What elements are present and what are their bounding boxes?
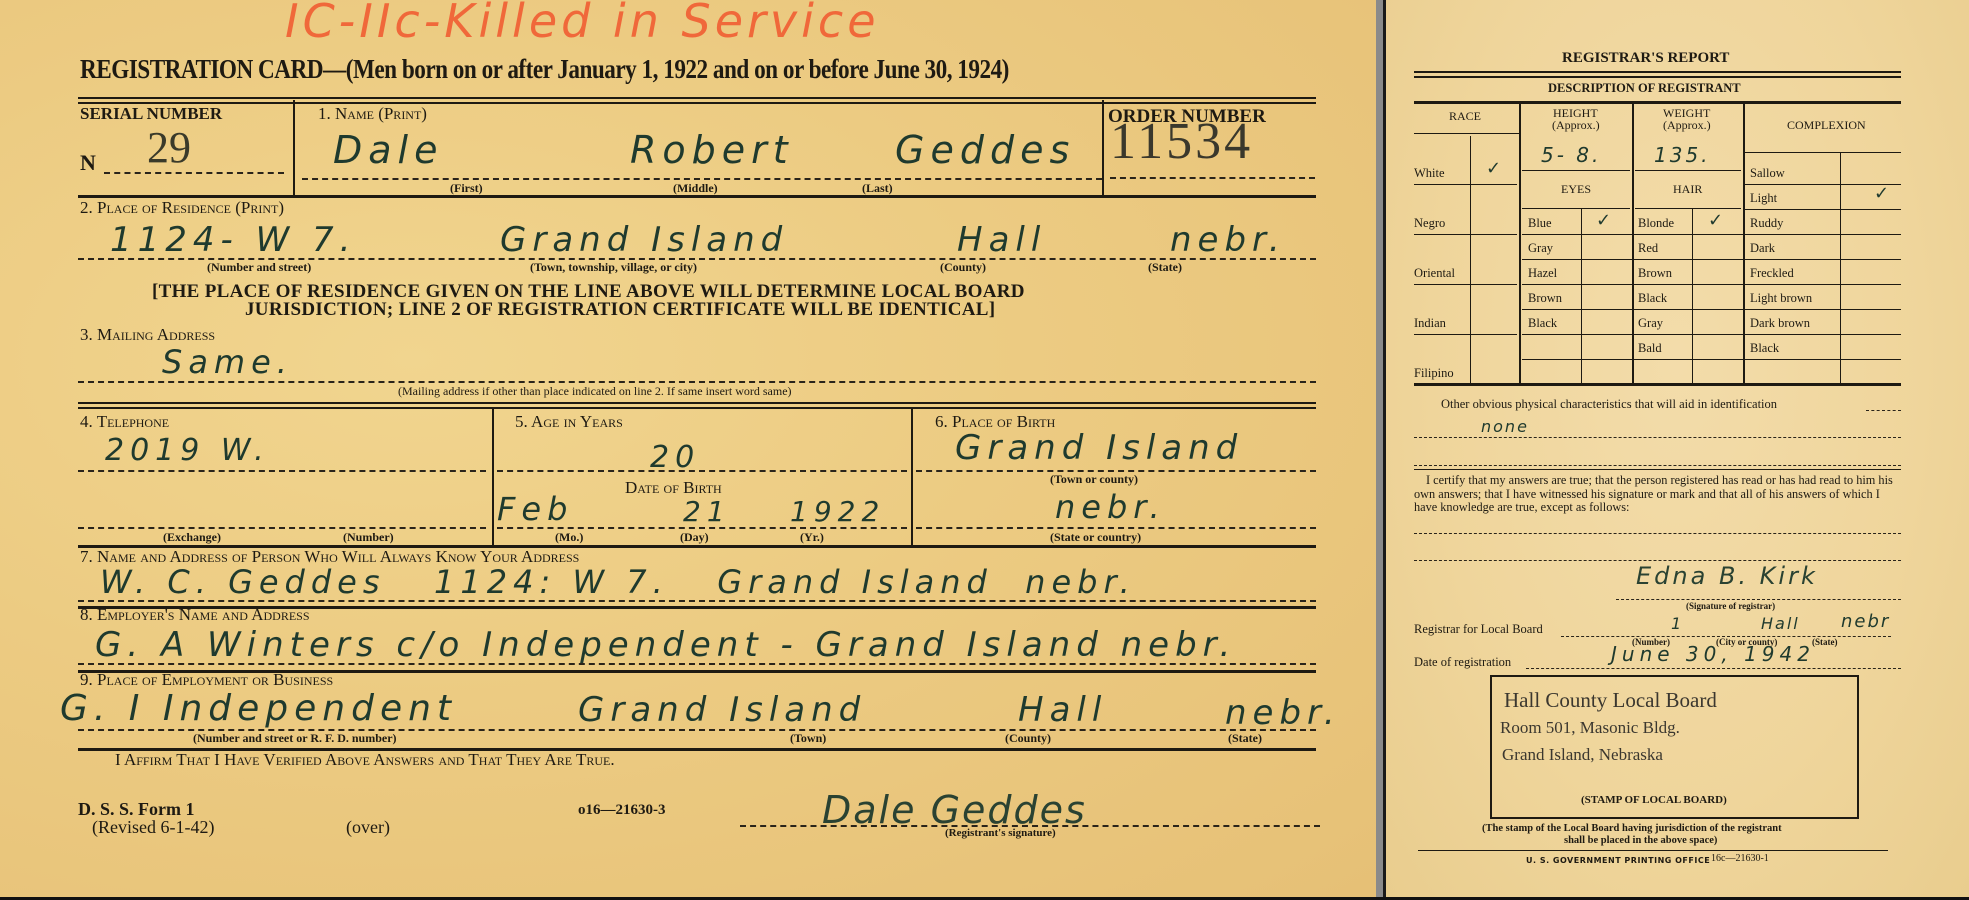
weight-sub: (Approx.) — [1663, 118, 1711, 133]
county-caption: (County) — [940, 260, 986, 275]
registration-card-front: IC-IIc-Killed in Service REGISTRATION CA… — [0, 0, 1376, 897]
mailing-value: Same. — [162, 343, 293, 381]
first-name-value: Dale — [333, 128, 443, 172]
order-line — [1110, 177, 1315, 179]
residence-county: Hall — [957, 220, 1046, 260]
stamp-line-1: Hall County Local Board — [1504, 688, 1717, 713]
col-divider — [1632, 102, 1634, 384]
race-option-oriental[interactable]: Oriental — [1414, 266, 1455, 281]
residence-notice-2: JURISDICTION; LINE 2 OF REGISTRATION CER… — [245, 299, 995, 321]
age-line — [497, 470, 907, 472]
hair-check-icon: ✓ — [1708, 210, 1723, 231]
employment-state: nebr. — [1225, 693, 1341, 733]
name-line — [302, 178, 1102, 180]
date-of-registration-value: June 30, 1942 — [1611, 642, 1815, 666]
exception-line-2 — [1414, 560, 1901, 561]
employment-county: Hall — [1018, 690, 1107, 730]
dob-month: Feb — [497, 490, 573, 528]
complexion-option-black[interactable]: Black — [1750, 341, 1779, 356]
state-or-country-caption: (State or country) — [1050, 530, 1141, 545]
residence-label: 2. Place of Residence (Print) — [80, 198, 284, 218]
complexion-option-ruddy[interactable]: Ruddy — [1750, 216, 1783, 231]
form-revised: (Revised 6-1-42) — [92, 817, 214, 838]
other-characteristics-value: none — [1481, 417, 1529, 436]
hair-option-gray[interactable]: Gray — [1638, 316, 1663, 331]
birthplace-state-line — [916, 527, 1316, 529]
employment-street: G. I Independent — [60, 688, 457, 729]
hair-option-black[interactable]: Black — [1638, 291, 1667, 306]
stamp-line-3: Grand Island, Nebraska — [1502, 745, 1663, 765]
employment-town: Grand Island — [578, 690, 866, 730]
registrar-signature: Edna B. Kirk — [1636, 562, 1818, 590]
complexion-option-light[interactable]: Light — [1750, 191, 1777, 206]
divider — [492, 407, 494, 545]
hair-check-divider — [1692, 209, 1693, 384]
height-rule — [1522, 170, 1630, 171]
race-header: RACE — [1449, 109, 1481, 124]
grid-rule — [1522, 334, 1901, 335]
last-caption: (Last) — [862, 181, 893, 196]
eyes-option-blue[interactable]: Blue — [1528, 216, 1552, 231]
other-line-3 — [1414, 465, 1901, 466]
stamp-caption: (STAMP OF LOCAL BOARD) — [1581, 794, 1727, 806]
date-of-registration-label: Date of registration — [1414, 655, 1511, 670]
title-rule — [1414, 71, 1901, 78]
grid-rule — [1743, 184, 1901, 185]
dob-year: 1922 — [790, 495, 885, 528]
residence-street: 1124- W 7. — [110, 220, 356, 260]
day-caption: (Day) — [680, 530, 709, 545]
printer-code: 16c—21630-1 — [1711, 853, 1769, 864]
telephone-value: 2019 W. — [105, 433, 270, 468]
divider — [293, 100, 295, 195]
killed-in-service-annotation: IC-IIc-Killed in Service — [285, 0, 880, 48]
race-rule — [1414, 184, 1517, 185]
town-caption-9: (Town) — [790, 731, 826, 746]
board-state-caption: (State) — [1812, 637, 1838, 647]
divider — [1102, 100, 1104, 195]
complexion-option-freckled[interactable]: Freckled — [1750, 266, 1794, 281]
registrar-signature-caption: (Signature of registrar) — [1686, 601, 1775, 611]
last-name-value: Geddes — [895, 128, 1075, 172]
grid-rule — [1522, 259, 1901, 260]
hair-option-brown[interactable]: Brown — [1638, 266, 1672, 281]
col-divider — [1519, 102, 1521, 384]
race-rule — [1414, 234, 1517, 235]
hair-header: HAIR — [1673, 182, 1702, 197]
race-option-negro[interactable]: Negro — [1414, 216, 1445, 231]
hair-option-blonde[interactable]: Blonde — [1638, 216, 1674, 231]
grid-rule — [1522, 284, 1901, 285]
height-sub: (Approx.) — [1552, 118, 1600, 133]
card-title: REGISTRATION CARD—(Men born on or after … — [80, 54, 1009, 85]
table-bottom-rule — [1414, 383, 1901, 386]
eyes-check-divider — [1581, 209, 1582, 384]
number-caption: (Number) — [343, 530, 394, 545]
other-line — [1866, 410, 1901, 411]
race-option-indian[interactable]: Indian — [1414, 316, 1446, 331]
eyes-option-black[interactable]: Black — [1528, 316, 1557, 331]
height-value: 5- 8. — [1541, 143, 1601, 167]
board-number: 1 — [1671, 614, 1687, 633]
contact-line — [78, 600, 1316, 602]
complexion-option-dark-brown[interactable]: Dark brown — [1750, 316, 1810, 331]
birthplace-town: Grand Island — [955, 428, 1243, 468]
weight-rule — [1635, 170, 1741, 171]
race-rule — [1414, 334, 1517, 335]
registrar-report-title: REGISTRAR'S REPORT — [1562, 50, 1729, 67]
residence-town: Grand Island — [500, 220, 788, 260]
stamp-note-2: shall be placed in the above space) — [1564, 835, 1717, 846]
exchange-caption: (Exchange) — [163, 530, 221, 545]
table-top-rule — [1414, 101, 1901, 104]
mailing-line — [78, 381, 1316, 383]
county-caption-9: (County) — [1005, 731, 1051, 746]
race-header-rule — [1414, 133, 1519, 134]
board-city: Hall — [1761, 614, 1800, 633]
order-number-value: 11534 — [1110, 112, 1253, 171]
eyes-header: EYES — [1561, 182, 1591, 197]
race-check-icon: ✓ — [1486, 158, 1501, 179]
dob-line — [497, 527, 907, 529]
weight-value: 135. — [1654, 143, 1711, 167]
complexion-option-dark[interactable]: Dark — [1750, 241, 1775, 256]
telephone-line — [78, 470, 486, 472]
mo-caption: (Mo.) — [555, 530, 583, 545]
eyes-option-hazel[interactable]: Hazel — [1528, 266, 1557, 281]
serial-number-value: 29 — [147, 122, 191, 173]
dob-day: 21 — [683, 495, 731, 528]
street-caption: (Number and street) — [207, 260, 311, 275]
age-label: 5. Age in Years — [515, 412, 623, 432]
form-code: o16—21630-3 — [578, 802, 666, 819]
hair-option-bald[interactable]: Bald — [1638, 341, 1662, 356]
serial-line — [104, 172, 284, 174]
certify-text: I certify that my answers are true; that… — [1414, 474, 1904, 515]
title-rule — [78, 97, 1316, 104]
town-or-county-caption: (Town or county) — [1050, 472, 1138, 487]
date-line — [1526, 668, 1901, 669]
race-rule — [1414, 284, 1517, 285]
eyes-option-brown[interactable]: Brown — [1528, 291, 1562, 306]
stamp-note-1: (The stamp of the Local Board having jur… — [1482, 823, 1782, 834]
birthplace-state: nebr. — [1055, 488, 1166, 526]
race-option-white[interactable]: White — [1414, 166, 1445, 181]
certify-rule — [1414, 469, 1901, 470]
registrar-report-card: REGISTRAR'S REPORT DESCRIPTION OF REGIST… — [1386, 0, 1969, 897]
employer-line — [78, 663, 1316, 665]
name-label: 1. Name (Print) — [318, 104, 427, 124]
other-line-2 — [1414, 437, 1901, 438]
race-check-divider — [1470, 136, 1471, 384]
race-option-filipino[interactable]: Filipino — [1414, 366, 1454, 381]
description-subtitle: DESCRIPTION OF REGISTRANT — [1548, 81, 1741, 96]
mailing-label: 3. Mailing Address — [80, 325, 215, 345]
registrar-signature-line — [1616, 599, 1901, 600]
stamp-line-2: Room 501, Masonic Bldg. — [1500, 718, 1680, 738]
state-caption: (State) — [1148, 260, 1182, 275]
eyes-check-icon: ✓ — [1596, 210, 1611, 231]
grid-rule — [1522, 234, 1901, 235]
serial-prefix: N — [80, 150, 96, 176]
employment-place-label: 9. Place of Employment or Business — [80, 670, 333, 690]
complexion-header: COMPLEXION — [1787, 118, 1866, 133]
state-caption-9: (State) — [1228, 731, 1262, 746]
telephone-label: 4. Telephone — [80, 412, 169, 432]
printer-text: U. S. GOVERNMENT PRINTING OFFICE — [1526, 856, 1710, 865]
card-divider — [1376, 0, 1383, 900]
eyes-option-gray[interactable]: Gray — [1528, 241, 1553, 256]
board-label: Registrar for Local Board — [1414, 622, 1543, 637]
affirmation-text: I Affirm That I Have Verified Above Answ… — [115, 750, 615, 770]
mailing-caption: (Mailing address if other than place ind… — [398, 384, 792, 399]
telephone-line-2 — [78, 527, 486, 529]
yr-caption: (Yr.) — [800, 530, 824, 545]
divider — [911, 407, 913, 545]
first-caption: (First) — [450, 181, 483, 196]
residence-state: nebr. — [1170, 220, 1286, 260]
col-divider — [1743, 102, 1745, 384]
middle-name-value: Robert — [630, 128, 794, 172]
grid-rule — [1522, 309, 1901, 310]
complexion-option-light-brown[interactable]: Light brown — [1750, 291, 1812, 306]
complexion-check-icon: ✓ — [1874, 183, 1889, 204]
contact-value: W. C. Geddes 1124: W 7. Grand Island neb… — [100, 563, 1136, 601]
employer-value: G. A Winters c/o Independent - Grand Isl… — [95, 625, 1236, 665]
other-characteristics-label: Other obvious physical characteristics t… — [1441, 397, 1777, 412]
complexion-option-sallow[interactable]: Sallow — [1750, 166, 1785, 181]
signature-caption: (Registrant's signature) — [945, 827, 1056, 839]
eyes-header-rule — [1522, 208, 1630, 209]
exception-line-1 — [1414, 533, 1901, 534]
grid-rule — [1743, 209, 1901, 210]
middle-caption: (Middle) — [673, 181, 718, 196]
complexion-check-divider — [1840, 152, 1841, 384]
serial-number-label: SERIAL NUMBER — [80, 104, 222, 124]
board-state: nebr — [1841, 611, 1890, 632]
hair-option-red[interactable]: Red — [1638, 241, 1658, 256]
grid-rule — [1522, 359, 1901, 360]
hair-header-rule — [1635, 208, 1741, 209]
employer-label: 8. Employer's Name and Address — [80, 605, 310, 625]
town-caption: (Town, township, village, or city) — [530, 260, 697, 275]
rfd-caption: (Number and street or R. F. D. number) — [193, 731, 397, 746]
footer-rule — [1418, 850, 1888, 851]
over-text: (over) — [346, 817, 390, 838]
complexion-header-rule — [1743, 152, 1901, 153]
row-rule — [78, 402, 1316, 409]
